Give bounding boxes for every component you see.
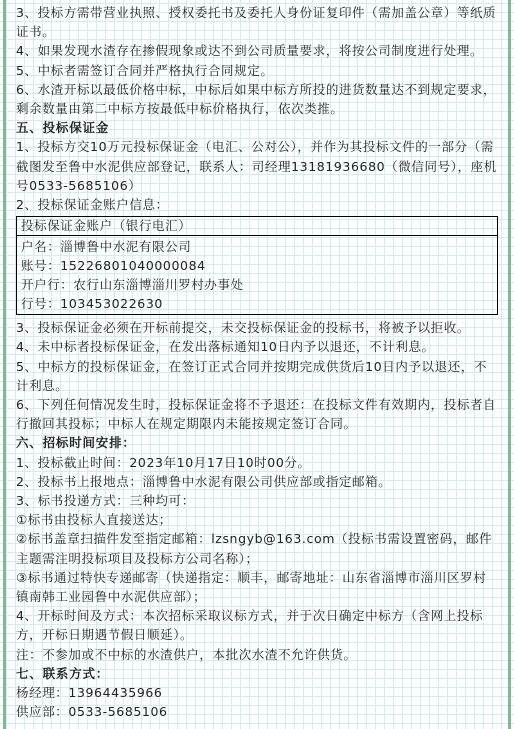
contact-supply-dept: 供应部：0533-5685106 (16, 702, 498, 721)
document-content: 3、投标方需带营业执照、授权委托书及委托人身份证复印件（需加盖公章）等纸质证书。… (16, 3, 498, 722)
requirement-item-3: 3、投标方需带营业执照、授权委托书及委托人身份证复印件（需加盖公章）等纸质证书。 (16, 3, 498, 41)
page-border-left (3, 0, 6, 729)
requirement-item-4: 4、如果发现水渣存在掺假现象或达不到公司质量要求，将按公司制度进行处理。 (16, 41, 498, 60)
contact-manager-yang: 杨经理：13964435966 (16, 683, 498, 702)
document-page: 3、投标方需带营业执照、授权委托书及委托人身份证复印件（需加盖公章）等纸质证书。… (0, 0, 514, 729)
deposit-item-1: 1、投标方交10万元投标保证金（电汇、公对公），并作为其投标文件的一部分（需截图… (16, 137, 498, 195)
deposit-item-6: 6、下列任何情况发生时，投标保证金将不予退还：在投标文件有效期内，投标者自行撤回… (16, 395, 498, 433)
section-heading-contact: 七、联系方式： (16, 664, 498, 683)
delivery-method-express: ③标书通过特快专递邮寄（快递指定：顺丰，邮寄地址：山东省淄博市淄川区罗村镇南韩工… (16, 568, 498, 606)
deposit-item-4: 4、未中标者投标保证金，在发出落标通知10日内予以退还，不计利息。 (16, 337, 498, 356)
schedule-item-location: 2、投标书上报地点：淄博鲁中水泥有限公司供应部或指定邮箱。 (16, 472, 498, 491)
delivery-method-email: ②标书盖章扫描件发至指定邮箱：lzsngyb@163.com（投标书需设置密码，… (16, 529, 498, 567)
account-number: 账号：15226801040000084 (21, 256, 493, 275)
deposit-item-3: 3、投标保证金必须在开标前提交，未交投标保证金的投标书，将被予以拒收。 (16, 318, 498, 337)
page-border-right (508, 0, 511, 729)
deposit-item-5: 5、中标方的投标保证金，在签订正式合同并按期完成供货后10日内予以退还，不计利息… (16, 357, 498, 395)
account-bank-code: 行号：103453022630 (21, 294, 493, 313)
account-holder-name: 户名：淄博鲁中水泥有限公司 (21, 237, 493, 256)
schedule-item-delivery-methods: 3、标书投递方式：三种均可： (16, 491, 498, 510)
schedule-item-deadline: 1、投标截止时间：2023年10月17日10时00分。 (16, 453, 498, 472)
schedule-note: 注：不参加或不中标的水渣供户，本批次水渣不允许供货。 (16, 645, 498, 664)
section-heading-schedule: 六、招标时间安排： (16, 433, 498, 452)
requirement-item-6: 6、水渣开标以最低价格中标，中标后如果中标方所投的进货数量达不到规定要求，剩余数… (16, 80, 498, 118)
schedule-item-opening: 4、开标时间及方式：本次招标采取议标方式，并于次日确定中标方（含网上投标方，开标… (16, 606, 498, 644)
account-table-body: 户名：淄博鲁中水泥有限公司 账号：15226801040000084 开户行：农… (17, 236, 498, 315)
section-heading-bid-deposit: 五、投标保证金 (16, 118, 498, 137)
requirement-item-5: 5、中标者需签订合同并严格执行合同规定。 (16, 61, 498, 80)
delivery-method-in-person: ①标书由投标人直接送达； (16, 510, 498, 529)
deposit-item-2: 2、投标保证金账户信息： (16, 195, 498, 214)
account-table-header: 投标保证金账户（银行电汇） (17, 217, 498, 236)
deposit-account-table: 投标保证金账户（银行电汇） 户名：淄博鲁中水泥有限公司 账号：152268010… (16, 216, 498, 315)
account-bank: 开户行：农行山东淄博淄川罗村办事处 (21, 275, 493, 294)
